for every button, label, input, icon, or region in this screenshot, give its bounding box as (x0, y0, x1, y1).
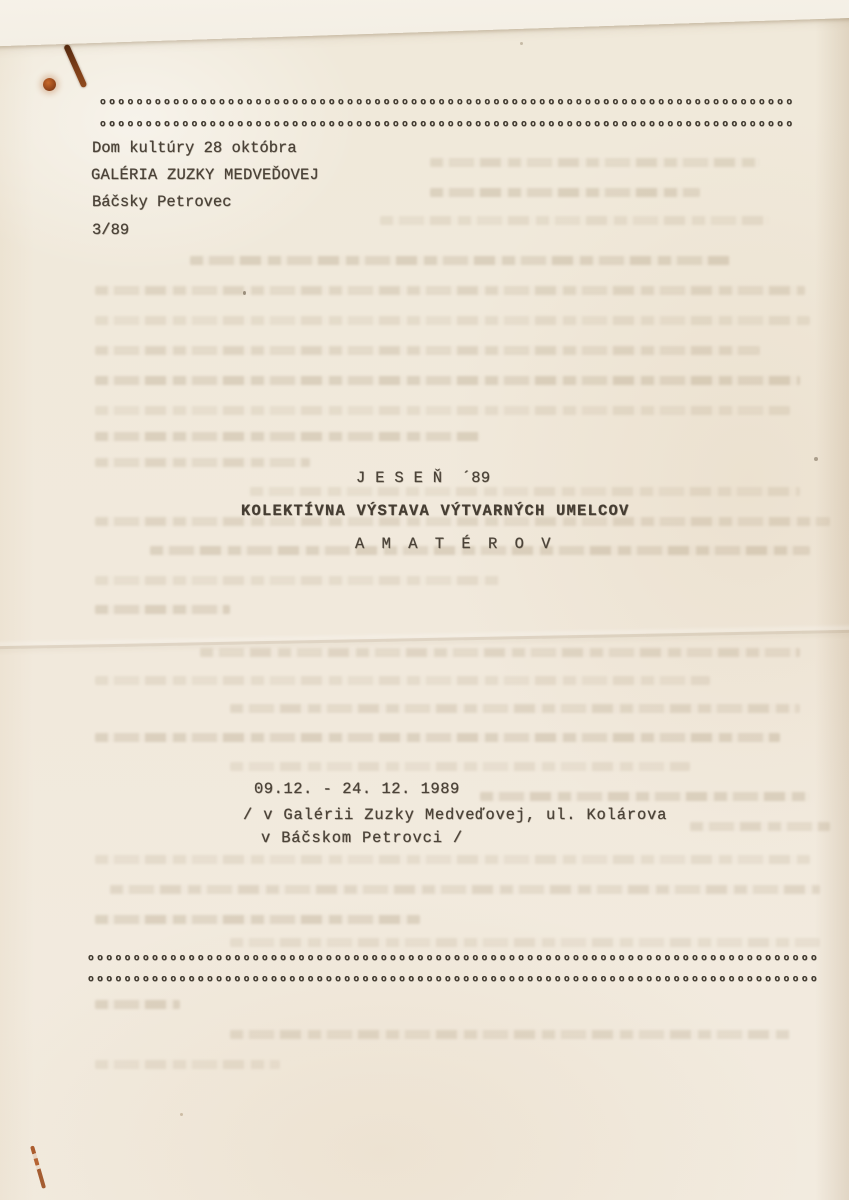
ghost-text-line (95, 376, 800, 385)
scanned-document-page: oooooooooooooooooooooooooooooooooooooooo… (0, 0, 849, 1200)
rusty-staple-mark (63, 44, 87, 88)
ghost-text-line (95, 1000, 180, 1009)
ghost-text-line (110, 885, 820, 894)
exhibition-title: J E S E Ň ´89 (356, 468, 490, 488)
exhibition-subtitle-amateurs: A M A T É R O V (355, 534, 555, 554)
rust-stain (43, 78, 56, 91)
ghost-text-line (95, 458, 310, 467)
ghost-text-line (430, 188, 700, 197)
ghost-text-line (95, 316, 810, 325)
ghost-text-line (95, 406, 790, 415)
venue-address-line2: v Báčskom Petrovci / (261, 828, 463, 848)
ghost-text-line (95, 915, 420, 924)
paper-speck (814, 457, 818, 461)
ghost-text-line (230, 938, 820, 947)
ghost-text-line (95, 733, 780, 742)
exhibition-subtitle: KOLEKTÍVNA VÝSTAVA VÝTVARNÝCH UMELCOV (241, 501, 630, 521)
ghost-text-line (95, 286, 805, 295)
dotted-divider-top-row2: oooooooooooooooooooooooooooooooooooooooo… (100, 119, 795, 128)
letterhead-institution: Dom kultúry 28 októbra (92, 138, 297, 158)
paper-crease-middle (0, 630, 849, 650)
paper-speck (520, 42, 523, 45)
ghost-text-line (95, 855, 810, 864)
ghost-text-line (430, 158, 760, 167)
dotted-divider-bottom-row1: oooooooooooooooooooooooooooooooooooooooo… (88, 953, 820, 962)
venue-address-line1: / v Galérii Zuzky Medveďovej, ul. Koláro… (243, 805, 667, 825)
ghost-text-line (95, 1060, 280, 1069)
ghost-text-line (380, 216, 770, 225)
ghost-text-line (95, 432, 480, 441)
ghost-text-line (250, 487, 800, 496)
ghost-text-line (95, 576, 500, 585)
ghost-text-line (95, 605, 230, 614)
ghost-text-line (190, 256, 730, 265)
dotted-divider-top-row1: oooooooooooooooooooooooooooooooooooooooo… (100, 97, 795, 106)
letterhead-gallery-name: GALÉRIA ZUZKY MEDVEĎOVEJ (91, 165, 319, 185)
ghost-text-line (200, 648, 800, 657)
ghost-text-line (230, 1030, 790, 1039)
letterhead-issue-number: 3/89 (92, 220, 129, 240)
letterhead-town: Báčsky Petrovec (92, 192, 232, 212)
ghost-text-line (230, 762, 690, 771)
dotted-divider-bottom-row2: oooooooooooooooooooooooooooooooooooooooo… (88, 974, 820, 983)
ghost-text-line (95, 676, 710, 685)
paper-fold-top (0, 0, 849, 47)
ghost-text-line (95, 346, 760, 355)
paper-speck (180, 1113, 183, 1116)
ghost-text-line (690, 822, 830, 831)
ghost-text-line (480, 792, 810, 801)
paper-speck (243, 291, 246, 295)
exhibition-dates: 09.12. - 24. 12. 1989 (254, 779, 460, 799)
ghost-text-line (230, 704, 800, 713)
rust-mark-bottom-left (30, 1145, 46, 1188)
